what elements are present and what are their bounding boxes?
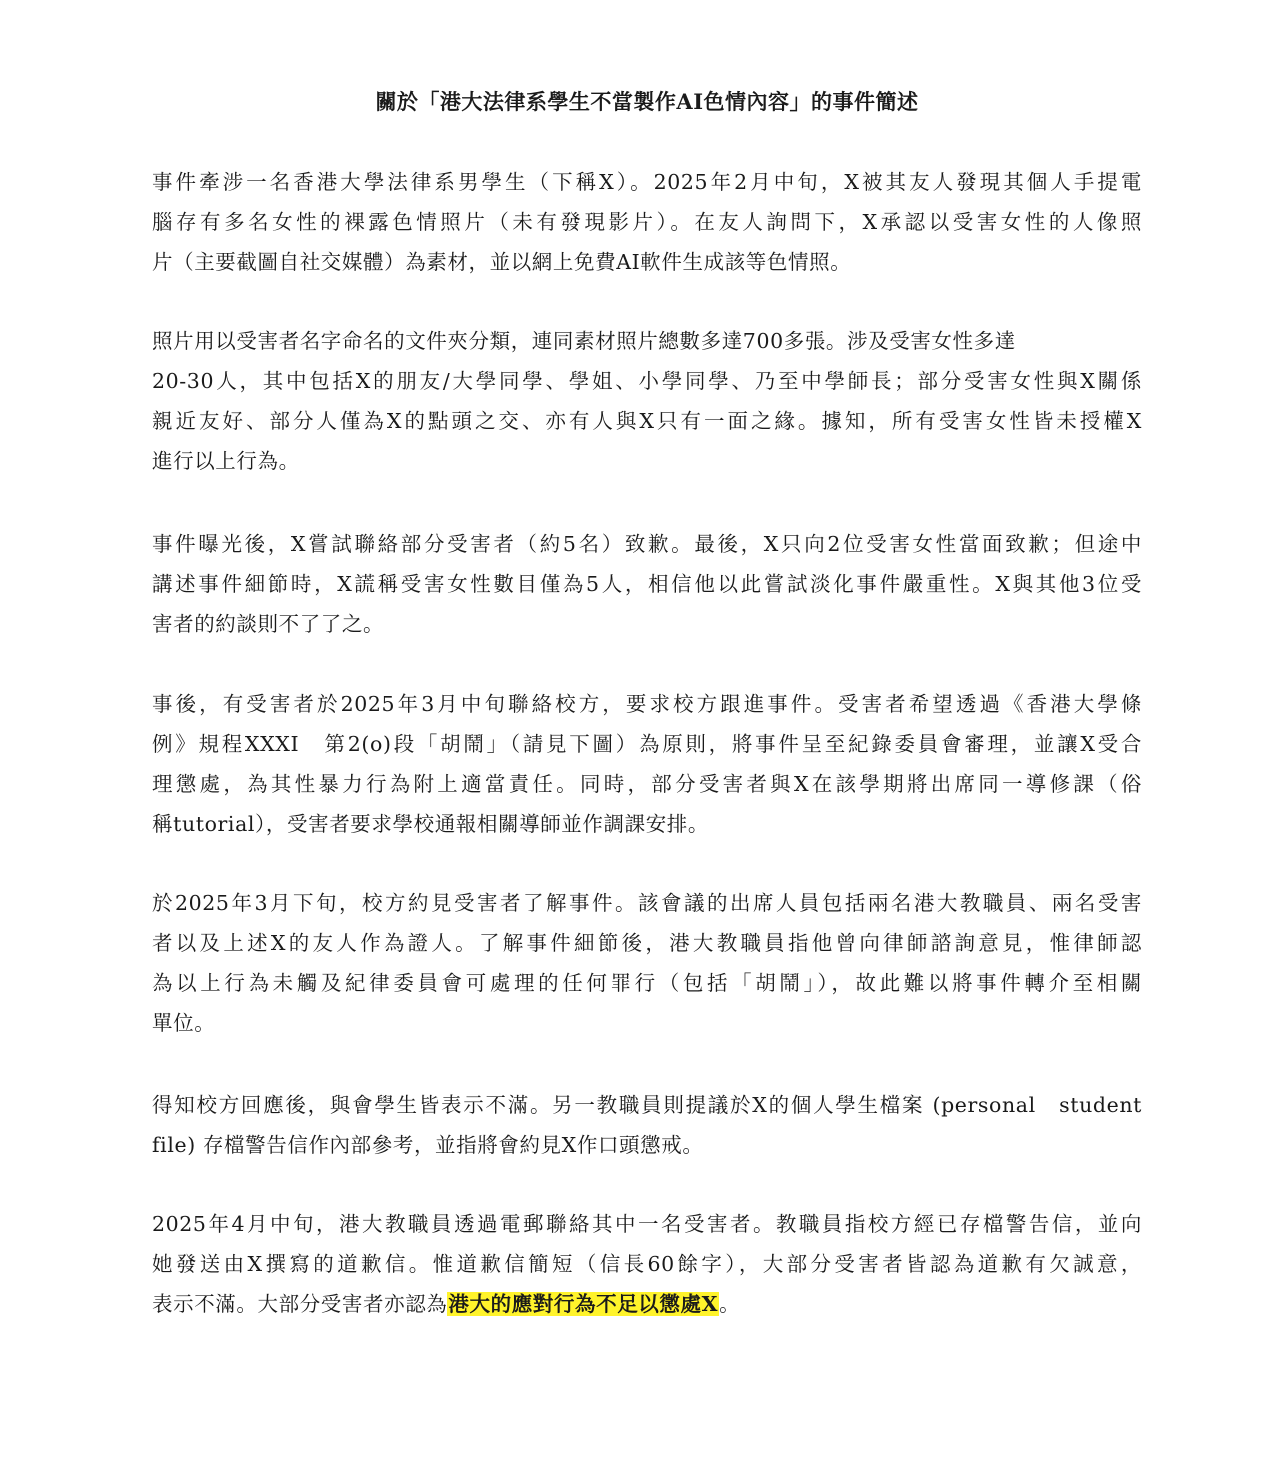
paragraph-4: 事後，有受害者於2025年3月中旬聯絡校方，要求校方跟進事件。受害者希望透過《香… — [152, 684, 1142, 844]
text-line: 害者的約談則不了了之。 — [152, 604, 1142, 644]
text-segment: 表示不滿。大部分受害者亦認為 — [152, 1292, 447, 1316]
text-line: 她發送由X撰寫的道歉信。惟道歉信簡短（信長60餘字），大部分受害者皆認為道歉有欠… — [152, 1244, 1142, 1284]
text-line: 20-30人，其中包括X的朋友/大學同學、學姐、小學同學、乃至中學師長；部分受害… — [152, 361, 1142, 401]
text-line: 例》規程XXXI 第2(o)段「胡鬧」（請見下圖）為原則，將事件呈至紀錄委員會審… — [152, 724, 1142, 764]
text-line: 為以上行為未觸及紀律委員會可處理的任何罪行（包括「胡鬧」），故此難以將事件轉介至… — [152, 963, 1142, 1003]
paragraph-3: 事件曝光後，X嘗試聯絡部分受害者（約5名）致歉。最後，X只向2位受害女性當面致歉… — [152, 524, 1142, 644]
text-line: 講述事件細節時，X謊稱受害女性數目僅為5人，相信他以此嘗試淡化事件嚴重性。X與其… — [152, 564, 1142, 604]
text-line: 事件牽涉一名香港大學法律系男學生（下稱X）。2025年2月中旬，X被其友人發現其… — [152, 162, 1142, 202]
highlighted-text: 港大的應對行為不足以懲處X — [447, 1292, 719, 1316]
paragraph-6: 得知校方回應後，與會學生皆表示不滿。另一教職員則提議於X的個人學生檔案 (per… — [152, 1085, 1142, 1165]
text-line: file) 存檔警告信作內部參考，並指將會約見X作口頭懲戒。 — [152, 1125, 1142, 1165]
paragraph-2: 照片用以受害者名字命名的文件夾分類，連同素材照片總數多達700多張。涉及受害女性… — [152, 321, 1142, 481]
text-line: 親近友好、部分人僅為X的點頭之交、亦有人與X只有一面之緣。據知，所有受害女性皆未… — [152, 401, 1142, 441]
text-line: 照片用以受害者名字命名的文件夾分類，連同素材照片總數多達700多張。涉及受害女性… — [152, 321, 1142, 361]
text-line: 稱tutorial），受害者要求學校通報相關導師並作調課安排。 — [152, 804, 1142, 844]
text-line: 腦存有多名女性的裸露色情照片（未有發現影片）。在友人詢問下，X承認以受害女性的人… — [152, 202, 1142, 242]
text-line: 者以及上述X的友人作為證人。了解事件細節後，港大教職員指他曾向律師諮詢意見，惟律… — [152, 923, 1142, 963]
text-line: 單位。 — [152, 1003, 1142, 1043]
text-line: 進行以上行為。 — [152, 441, 1142, 481]
text-line: 得知校方回應後，與會學生皆表示不滿。另一教職員則提議於X的個人學生檔案 (per… — [152, 1085, 1142, 1125]
paragraph-5: 於2025年3月下旬，校方約見受害者了解事件。該會議的出席人員包括兩名港大教職員… — [152, 883, 1142, 1043]
paragraph-7: 2025年4月中旬，港大教職員透過電郵聯絡其中一名受害者。教職員指校方經已存檔警… — [152, 1204, 1142, 1324]
text-line: 片（主要截圖自社交媒體）為素材，並以網上免費AI軟件生成該等色情照。 — [152, 242, 1142, 282]
document-title: 關於「港大法律系學生不當製作AI色情內容」的事件簡述 — [152, 86, 1142, 118]
text-line: 2025年4月中旬，港大教職員透過電郵聯絡其中一名受害者。教職員指校方經已存檔警… — [152, 1204, 1142, 1244]
text-line-with-highlight: 表示不滿。大部分受害者亦認為港大的應對行為不足以懲處X。 — [152, 1284, 1142, 1324]
text-line: 於2025年3月下旬，校方約見受害者了解事件。該會議的出席人員包括兩名港大教職員… — [152, 883, 1142, 923]
paragraph-1: 事件牽涉一名香港大學法律系男學生（下稱X）。2025年2月中旬，X被其友人發現其… — [152, 162, 1142, 282]
text-line: 理懲處，為其性暴力行為附上適當責任。同時，部分受害者與X在該學期將出席同一導修課… — [152, 764, 1142, 804]
text-line: 事後，有受害者於2025年3月中旬聯絡校方，要求校方跟進事件。受害者希望透過《香… — [152, 684, 1142, 724]
text-segment: 。 — [719, 1292, 740, 1316]
text-line: 事件曝光後，X嘗試聯絡部分受害者（約5名）致歉。最後，X只向2位受害女性當面致歉… — [152, 524, 1142, 564]
